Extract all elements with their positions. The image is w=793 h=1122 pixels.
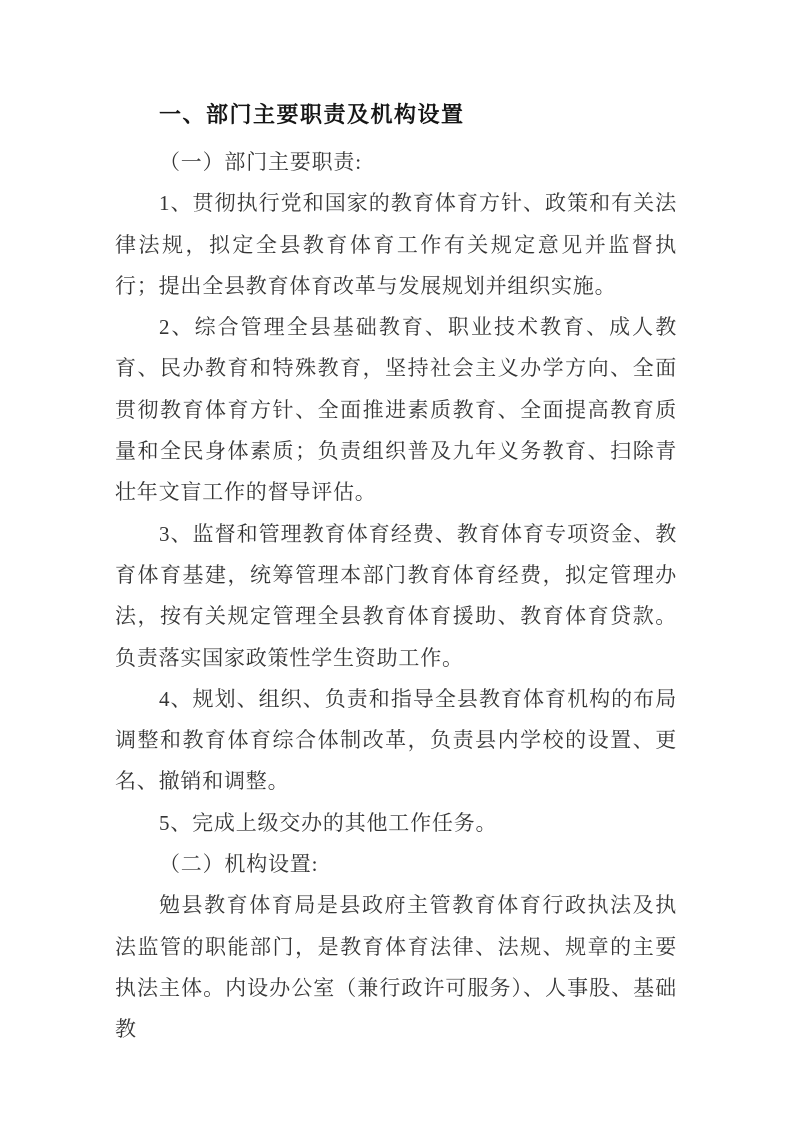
document-subheading: （二）机构设置:	[115, 844, 677, 885]
document-paragraph: 3、监督和管理教育体育经费、教育体育专项资金、教育体育基建，统筹管理本部门教育体…	[115, 514, 677, 679]
document-subheading: （一）部门主要职责:	[115, 142, 677, 183]
document-paragraph: 勉县教育体育局是县政府主管教育体育行政执法及执法监管的职能部门，是教育体育法律、…	[115, 885, 677, 1050]
document-body: （一）部门主要职责:1、贯彻执行党和国家的教育体育方针、政策和有关法律法规，拟定…	[115, 142, 677, 1051]
document-paragraph: 4、规划、组织、负责和指导全县教育体育机构的布局调整和教育体育综合体制改革，负责…	[115, 679, 677, 803]
document-paragraph: 1、贯彻执行党和国家的教育体育方针、政策和有关法律法规，拟定全县教育体育工作有关…	[115, 183, 677, 307]
document-paragraph: 5、完成上级交办的其他工作任务。	[115, 803, 677, 844]
document-page: 一、部门主要职责及机构设置 （一）部门主要职责:1、贯彻执行党和国家的教育体育方…	[0, 0, 793, 1122]
document-heading: 一、部门主要职责及机构设置	[115, 94, 677, 135]
document-paragraph: 2、综合管理全县基础教育、职业技术教育、成人教育、民办教育和特殊教育，坚持社会主…	[115, 307, 677, 513]
